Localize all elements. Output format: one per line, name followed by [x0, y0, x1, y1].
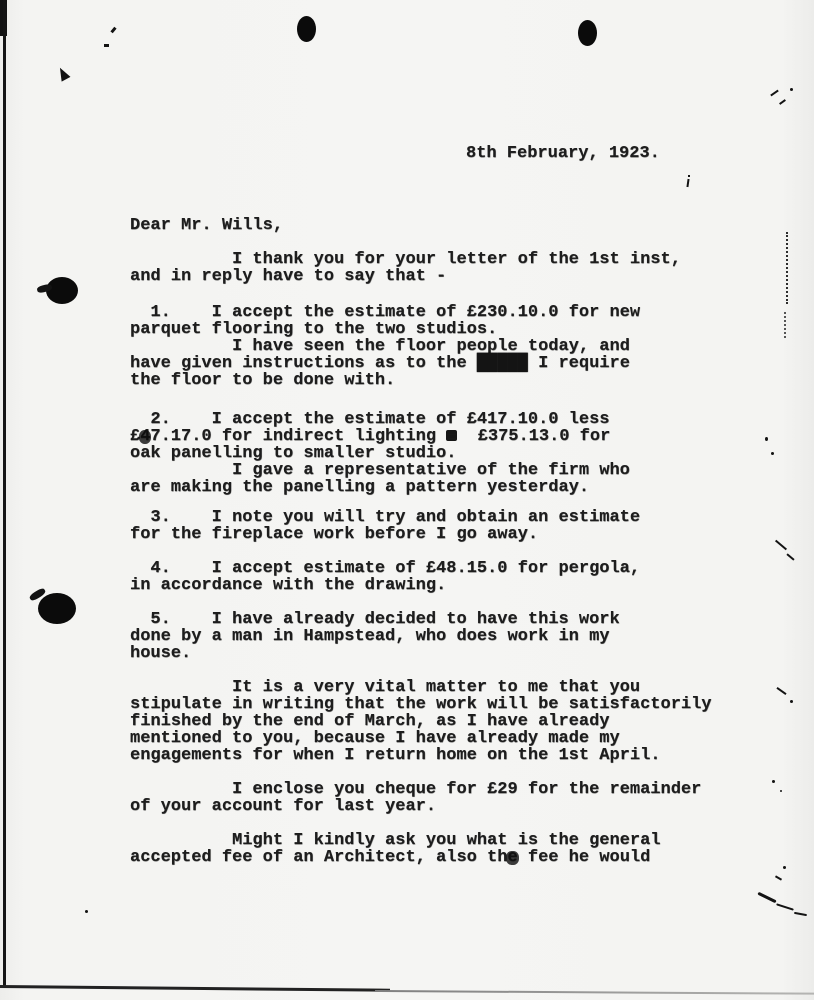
edge-mark-5: [771, 452, 774, 455]
j-mark-stem: [686, 179, 689, 187]
edge-mark-7: [786, 553, 794, 560]
deadline-paragraph: It is a very vital matter to me that you…: [130, 679, 712, 764]
bottom-scan-line-dark: [0, 985, 390, 992]
item-2-paragraph: 2. I accept the estimate of £417.10.0 le…: [130, 411, 630, 496]
edge-mark-9: [790, 700, 793, 703]
item-4-paragraph: 4. I accept estimate of £48.15.0 for per…: [130, 560, 640, 594]
punch-hole-left-upper: [46, 277, 78, 304]
overstruck-digit: 4: [140, 428, 150, 445]
edge-mark-6: [775, 540, 787, 551]
edge-dotted-line-1: [786, 232, 788, 304]
scanned-letter-page: 8th February, 1923. Dear Mr. Wills, I th…: [0, 0, 814, 1000]
salutation: Dear Mr. Wills,: [130, 217, 283, 234]
corner-stroke-1: [757, 892, 776, 903]
item-1-paragraph: 1. I accept the estimate of £230.10.0 fo…: [130, 304, 640, 389]
arrow-ink-mark: [56, 65, 71, 81]
edge-mark-12: [783, 866, 786, 869]
edge-dotted-line-2: [784, 312, 786, 338]
cheque-paragraph: I enclose you cheque for £29 for the rem…: [130, 781, 701, 815]
speck-top-1: [110, 27, 116, 34]
letter-date: 8th February, 1923.: [466, 145, 660, 162]
corner-stroke-2: [776, 903, 794, 910]
left-edge-scan-line: [3, 0, 6, 988]
item-5-paragraph: 5. I have already decided to have this w…: [130, 611, 620, 662]
fee-question-paragraph: Might I kindly ask you what is the gener…: [130, 832, 661, 866]
edge-mark-8: [776, 687, 786, 695]
edge-mark-11: [780, 790, 782, 792]
item-3-paragraph: 3. I note you will try and obtain an est…: [130, 509, 640, 543]
speck-bottom-left: [85, 910, 88, 913]
corner-stroke-3: [794, 912, 807, 916]
speck-top-2: [104, 44, 109, 47]
edge-mark-3: [790, 88, 793, 91]
punch-hole-left-lower: [38, 593, 76, 624]
ink-blot-char: e: [507, 849, 517, 866]
overtyped-equals: =: [446, 430, 457, 441]
intro-paragraph: I thank you for your letter of the 1st i…: [130, 251, 681, 285]
punch-hole-top-right: [578, 20, 597, 46]
edge-mark-2: [779, 99, 786, 105]
redacted-word: █████: [477, 354, 528, 373]
edge-mark-1: [770, 90, 779, 97]
j-mark-dot: [688, 175, 690, 177]
bottom-scan-line-light: [375, 990, 814, 995]
edge-mark-4: [765, 437, 768, 441]
edge-mark-10: [772, 780, 775, 783]
fee-text-b: fee he would: [518, 848, 651, 867]
edge-mark-13: [775, 875, 782, 880]
punch-hole-top-left: [297, 16, 316, 42]
